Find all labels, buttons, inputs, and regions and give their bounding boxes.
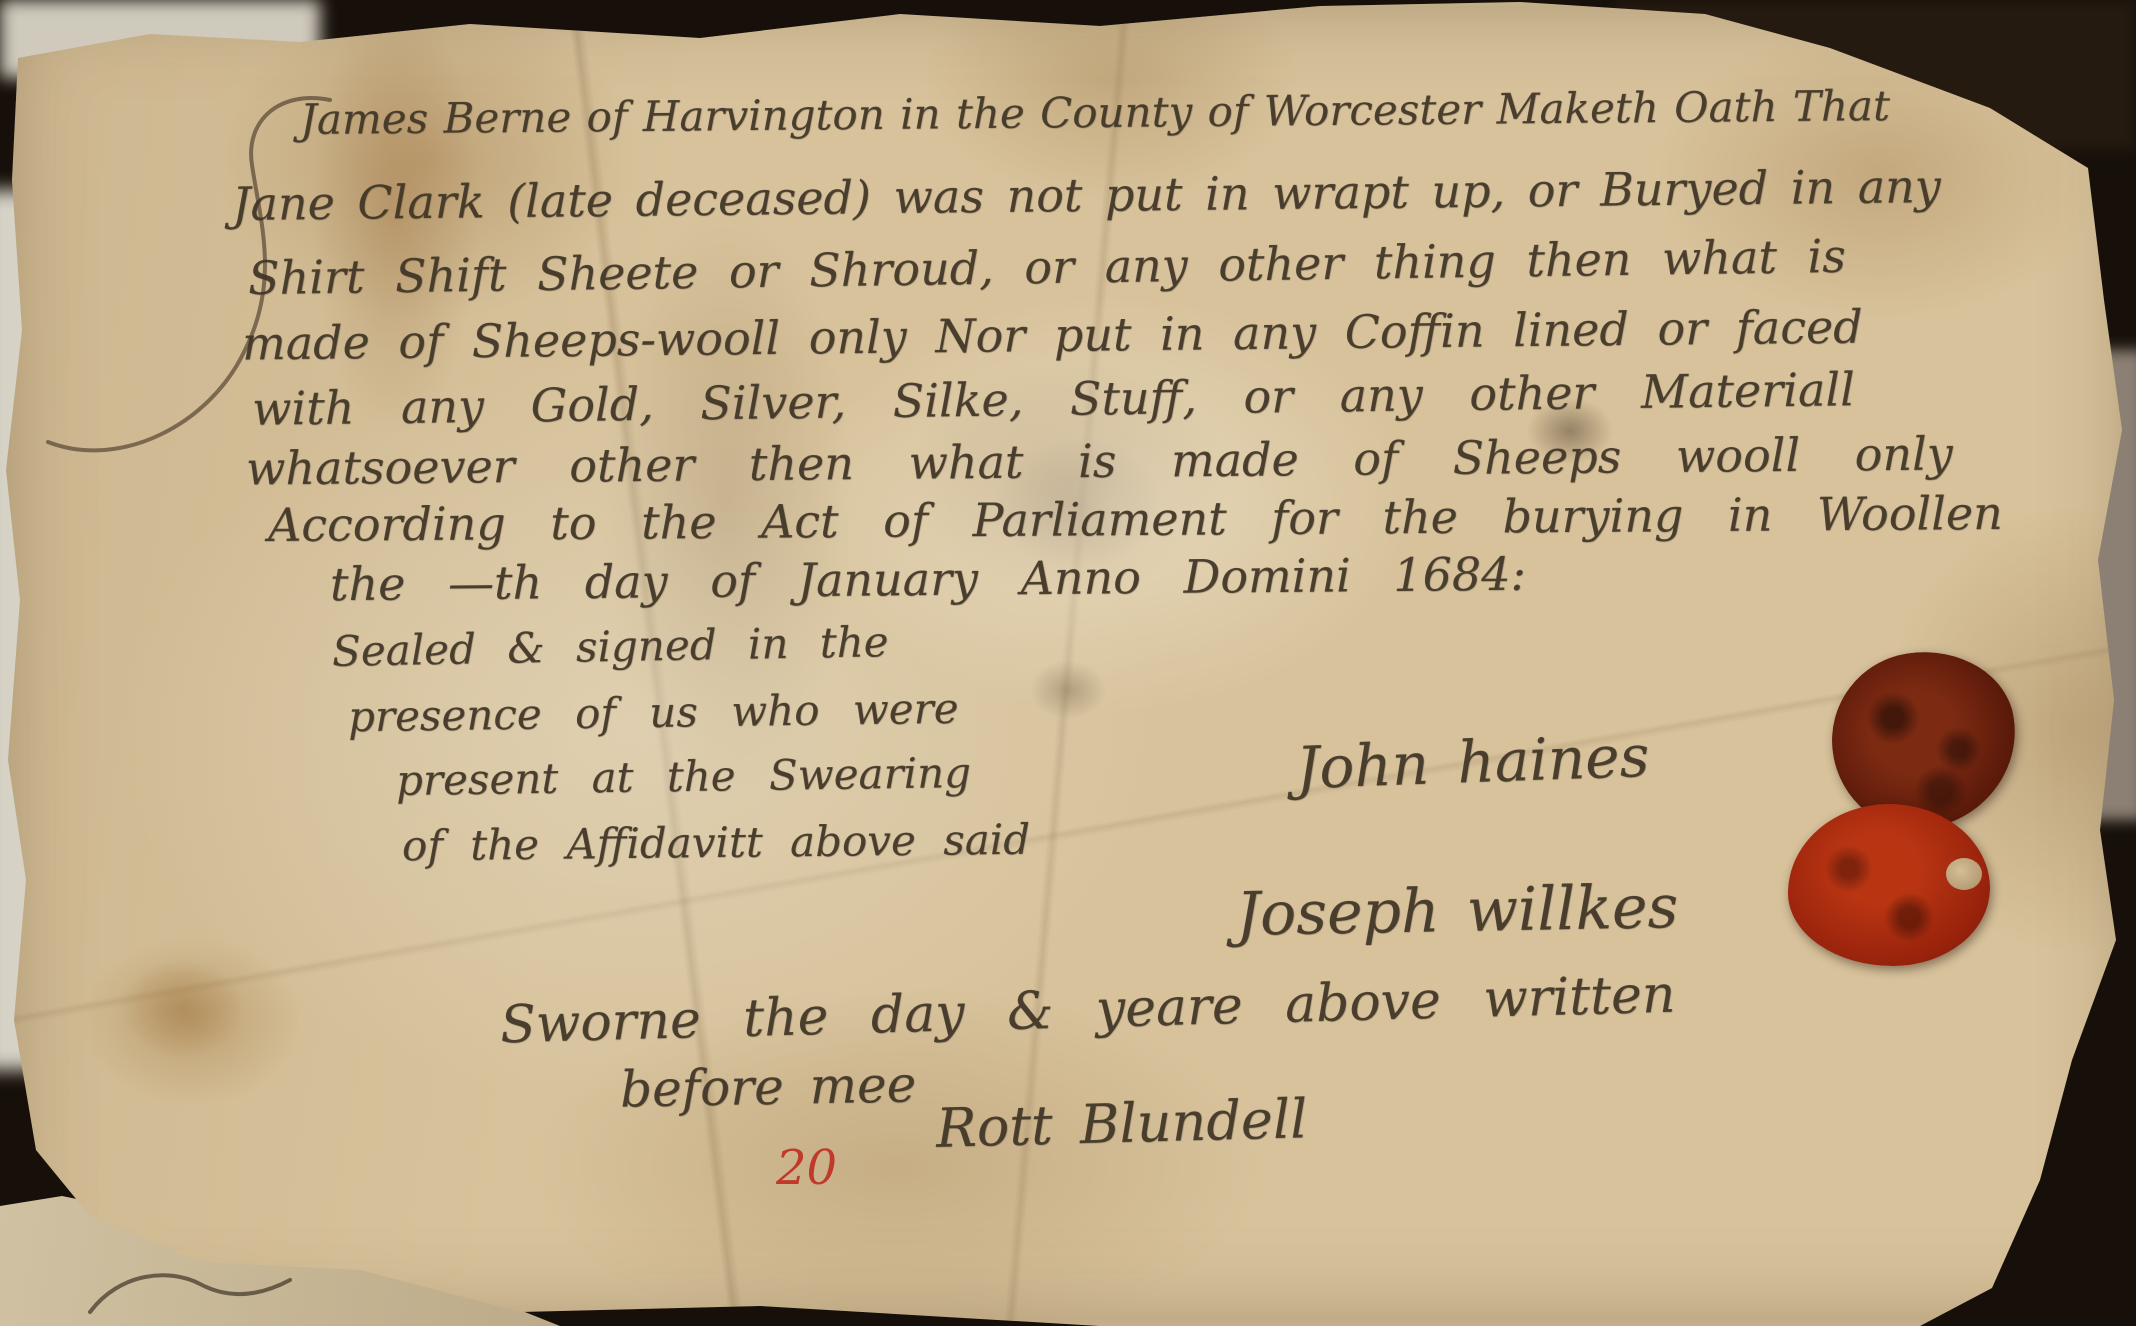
body-line: Jane Clark (late deceased) was not put i… xyxy=(232,159,1941,231)
wax-seal-lower xyxy=(1788,804,1990,966)
body-line: According to the Act of Parliament for t… xyxy=(268,486,2003,552)
body-line: Shirt Shift Sheete or Shroud, or any oth… xyxy=(248,229,1846,305)
jurat-line: before mee xyxy=(620,1055,917,1118)
witness-signature: John haines xyxy=(1295,722,1650,802)
attestation-line: of the Affidavitt above said xyxy=(402,815,1031,871)
wax-seal-gap xyxy=(1946,858,1982,890)
document-photo: James Berne of Harvington in the County … xyxy=(0,0,2136,1326)
attestation-line: present at the Swearing xyxy=(396,748,972,805)
body-line: the —th day of January Anno Domini 1684: xyxy=(330,547,1526,611)
body-line: whatsoever other then what is made of Sh… xyxy=(246,427,1953,496)
attestation-line: presence of us who were xyxy=(348,684,959,742)
body-line: with any Gold, Silver, Silke, Stuff, or … xyxy=(252,362,1855,436)
attestation-line: Sealed & signed in the xyxy=(332,617,889,676)
archival-number: 20 xyxy=(776,1140,837,1196)
official-signature: Rott Blundell xyxy=(935,1087,1308,1160)
body-line: made of Sheeps-wooll only Nor put in any… xyxy=(242,300,1863,371)
jurat-line: Sworne the day & yeare above written xyxy=(499,965,1676,1056)
witness-signature: Joseph willkes xyxy=(1235,872,1678,950)
parchment-sheet: James Berne of Harvington in the County … xyxy=(0,0,2136,1326)
body-line: James Berne of Harvington in the County … xyxy=(300,81,1890,144)
